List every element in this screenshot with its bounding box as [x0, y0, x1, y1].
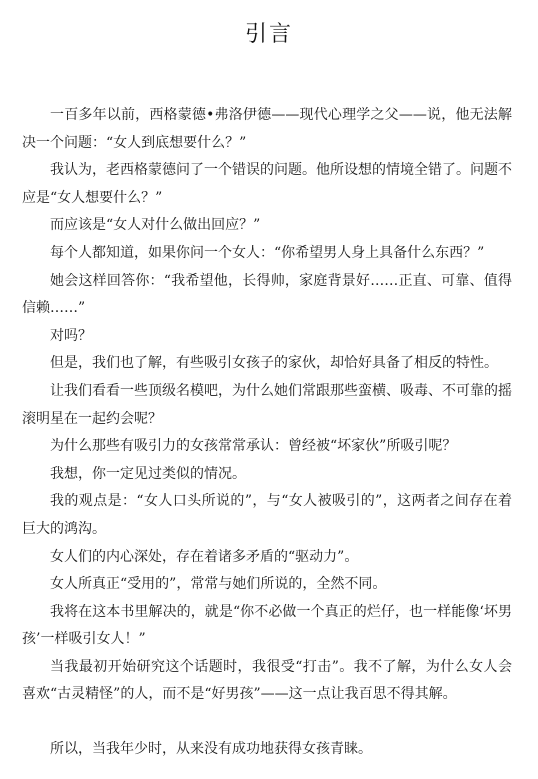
paragraph: 她会这样回答你：“我希望他，长得帅，家庭背景好……正直、可靠、值得信赖……”: [22, 268, 512, 323]
paragraph: 而应该是“女人对什么做出回应？”: [22, 212, 512, 240]
paragraph: 女人们的内心深处，存在着诸多矛盾的“驱动力”。: [22, 544, 512, 572]
paragraph: 我认为，老西格蒙德问了一个错误的问题。他所设想的情境全错了。问题不应是“女人想要…: [22, 157, 512, 212]
paragraph: 一百多年以前，西格蒙德•弗洛伊德——现代心理学之父——说，他无法解决一个问题：“…: [22, 102, 512, 157]
paragraph: 但是，我们也了解，有些吸引女孩子的家伙，却恰好具备了相反的特性。: [22, 350, 512, 378]
document-body: 一百多年以前，西格蒙德•弗洛伊德——现代心理学之父——说，他无法解决一个问题：“…: [22, 102, 512, 764]
page-title: 引言: [0, 18, 538, 52]
paragraph: 每个人都知道，如果你问一个女人：“你希望男人身上具备什么东西？”: [22, 240, 512, 268]
paragraph: 为什么那些有吸引力的女孩常常承认：曾经被“坏家伙”所吸引呢？: [22, 433, 512, 461]
paragraph: 我想，你一定见过类似的情况。: [22, 461, 512, 489]
paragraph: 让我们看看一些顶级名模吧，为什么她们常跟那些蛮横、吸毒、不可靠的摇滚明星在一起约…: [22, 378, 512, 433]
paragraph: 我将在这本书里解决的，就是“你不必做一个真正的烂仔，也一样能像‘坏男孩’一样吸引…: [22, 599, 512, 654]
paragraph: 所以，当我年少时，从来没有成功地获得女孩青睐。: [22, 736, 512, 764]
paragraph: 女人所真正“受用的”，常常与她们所说的，全然不同。: [22, 571, 512, 599]
paragraph: 我的观点是：“女人口头所说的”，与“女人被吸引的”，这两者之间存在着巨大的鸿沟。: [22, 488, 512, 543]
paragraph: 当我最初开始研究这个话题时，我很受“打击”。我不了解，为什么女人会喜欢“古灵精怪…: [22, 654, 512, 709]
paragraph: 对吗？: [22, 323, 512, 351]
